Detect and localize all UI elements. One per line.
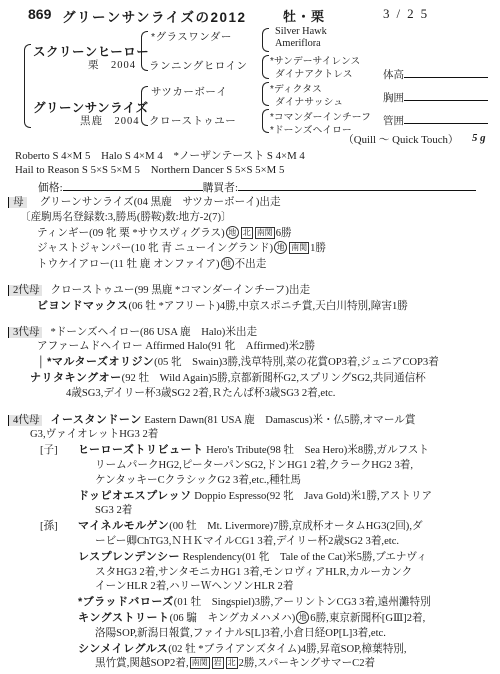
family-number: 5 g	[472, 132, 486, 144]
text-run: 1勝	[310, 243, 326, 254]
cannon-field: 管囲	[383, 112, 488, 128]
sex-coat-label: 牡・栗	[283, 6, 325, 25]
catalog-line: 黒竹賞,関越SOP2着,南関岩北2勝,スパーキングサマーC2着	[0, 657, 500, 672]
region-mark-box: 南関	[190, 657, 210, 669]
page-title: グリーンサンライズの2012	[62, 6, 247, 26]
height-field: 体高	[383, 66, 488, 82]
catalog-line: ビヨンドマックス(06 牡 *アフリート)4勝,中京スポニチ賞,天白川特別,障害…	[0, 299, 500, 315]
catalog-line: イーンHLR 2着,ハリーＷヘンソンHLR 2着	[0, 580, 500, 595]
catalog-line: ナリタキングオー(92 牡 Wild Again)5勝,京都新聞杯G2,スプリン…	[0, 371, 500, 387]
pedigree-bracket-g3	[262, 28, 269, 52]
region-mark-box: 岩	[212, 657, 224, 669]
horse-name: レスプレンデンシー	[78, 551, 180, 563]
region-mark-box: 南関	[289, 242, 309, 254]
horse-name: キングストリート	[78, 612, 170, 624]
pedigree-bracket-g3	[262, 82, 269, 106]
sire-coat-year: 栗 2004	[88, 57, 136, 72]
text-run: (06 騸 キングカメハメハ)	[170, 613, 296, 624]
text-run: クローストゥユー(99 黒鹿 *コマンダーインチーフ)出走	[50, 285, 310, 296]
region-mark-circle: 地	[221, 257, 234, 270]
catalog-line: [孫]マイネルモルゲン(00 牡 Mt. Livermore)7勝,京成杯オータ…	[0, 519, 500, 535]
text-run: (01 牡 Singspiel)3勝,アーリントンCG3 3着,遠州灘特別	[174, 597, 431, 608]
region-mark-circle: 地	[296, 611, 309, 624]
gen3-ancestor-name: ダイナアクトレス	[275, 66, 353, 80]
catalog-line: 2代母クローストゥユー(99 黒鹿 *コマンダーインチーフ)出走	[0, 284, 500, 299]
page-number: 3/25	[383, 6, 434, 22]
catalog-line: ービー卿ChTG3,ＮＨＫマイルCG1 3着,デイリー杯2歳SG2 3着,etc…	[0, 535, 500, 550]
dam-coat-year: 黒鹿 2004	[80, 113, 140, 128]
horse-name: *ブラッドバローズ	[78, 596, 174, 608]
text-run: リームパークHG2,ピーターパンSG2,ドンHG1 2着,クラークHG2 3着,	[95, 460, 413, 471]
pedigree-bracket-outer	[24, 44, 31, 128]
text-run: ティンギー(09 牝 栗 *サウスヴィグラス)	[37, 228, 225, 239]
price-blank-line	[63, 179, 203, 191]
text-run: アファームドヘイロー Affirmed Halo(91 牝 Affirmed)米…	[37, 341, 315, 352]
text-run: Eastern Dawn(81 USA 鹿 Damascus)米・仏5勝,オマー…	[142, 415, 416, 426]
generation-label: 母	[8, 197, 27, 208]
price-buyer-row: 価格:購買者:	[38, 179, 476, 195]
text-run: G3,ヴァイオレットHG3 2着	[30, 429, 158, 440]
text-run: 洛陽SOP,新潟日報賞,ファイナルS[L]3着,小倉日経OP[L]3着,etc.	[95, 628, 386, 639]
text-run: (02 牡 *ブライアンズタイム)4勝,昇竜SOP,樟葉特別,	[168, 644, 406, 655]
catalog-line: SG3 2着	[0, 504, 500, 519]
generation-label: 4代母	[8, 415, 42, 426]
gen3-ancestor-name: *ドーンズヘイロー	[270, 122, 352, 136]
catalog-line: リームパークHG2,ピーターパンSG2,ドンHG1 2着,クラークHG2 3着,	[0, 459, 500, 474]
catalog-line: ケンタッキーCクラシックG2 3着,etc.,種牡馬	[0, 474, 500, 489]
catalog-line: 母グリーンサンライズ(04 黒鹿 サツカーボーイ)出走	[0, 196, 500, 211]
inbreeding-line-1: Roberto S 4×M 5 Halo S 4×M 4 *ノーザンテースト S…	[15, 148, 305, 163]
text-run: 黒竹賞,関越SOP2着,	[95, 658, 189, 669]
text-run: グリーンサンライズ(04 黒鹿 サツカーボーイ)出走	[40, 197, 281, 208]
text-run: *ドーンズヘイロー(86 USA 鹿 Halo)米出走	[50, 327, 257, 338]
catalog-line: ドッピオエスプレッソ Doppio Espresso(92 牝 Java Gol…	[0, 489, 500, 505]
text-run: スタHG3 2着,サンタモニカHG1 3着,モンロヴィアHLR,カルーカンク	[95, 567, 412, 578]
horse-name: マイネルモルゲン	[78, 520, 169, 532]
text-run: Hero's Tribute(98 牡 Sea Hero)米8勝,ガルフスト	[204, 445, 429, 456]
horse-name: ナリタキングオー	[30, 372, 122, 384]
dam-sire-name: サツカーボーイ	[151, 84, 227, 99]
gen3-ancestor-name: ダイナサッシュ	[275, 94, 343, 108]
text-run: 2勝,スパーキングサマーC2着	[239, 658, 376, 669]
cannon-blank-line	[404, 112, 488, 124]
catalog-line: G3,ヴァイオレットHG3 2着	[0, 428, 500, 443]
pedigree-bracket-g3	[262, 55, 269, 79]
hip-number: 869	[28, 6, 51, 22]
region-mark-box: 北	[241, 227, 253, 239]
text-run: 6勝,東京新聞杯[GⅢ]2着,	[310, 613, 425, 624]
text-run: 4歳SG3,デイリー杯3歳SG2 2着,Ｒたんぱ杯3歳SG3 2着,etc.	[66, 388, 335, 399]
height-blank-line	[404, 66, 488, 78]
girth-blank-line	[404, 89, 488, 101]
text-run: 不出走	[235, 259, 267, 270]
price-label: 価格:	[38, 182, 63, 194]
text-run: 6勝	[276, 228, 292, 239]
catalog-line: スタHG3 2着,サンタモニカHG1 3着,モンロヴィアHLR,カルーカンク	[0, 566, 500, 581]
text-run: 〔産駒馬名登録数:3,勝馬(勝鞍)数:地方-2(7)〕	[20, 212, 232, 223]
catalog-line: 3代母*ドーンズヘイロー(86 USA 鹿 Halo)米出走	[0, 326, 500, 341]
text-run: イーンHLR 2着,ハリーＷヘンソンHLR 2着	[95, 581, 293, 592]
catalog-line: 4代母イースタンドーン Eastern Dawn(81 USA 鹿 Damasc…	[0, 413, 500, 429]
cannon-label: 管囲	[383, 116, 404, 127]
catalog-line: シンメイレグルス(02 牡 *ブライアンズタイム)4勝,昇竜SOP,樟葉特別,	[0, 642, 500, 658]
catalog-body: 母グリーンサンライズ(04 黒鹿 サツカーボーイ)出走〔産駒馬名登録数:3,勝馬…	[0, 196, 500, 672]
text-run: (06 牡 *アフリート)4勝,中京スポニチ賞,天白川特別,障害1勝	[128, 301, 407, 312]
pedigree-bracket-g3	[262, 109, 269, 133]
text-run: (00 牡 Mt. Livermore)7勝,京成杯オータムHG3(2回),ダ	[169, 521, 422, 532]
catalog-line: 〔産駒馬名登録数:3,勝馬(勝鞍)数:地方-2(7)〕	[0, 211, 500, 226]
gen3-ancestor-name: *サンデーサイレンス	[270, 53, 360, 67]
inbreeding-line-2: Hail to Reason S 5×S 5×M 5 Northern Danc…	[15, 162, 284, 177]
catalog-line: ティンギー(09 牝 栗 *サウスヴィグラス)地北南関6勝	[0, 226, 500, 242]
gen3-ancestor-name: *コマンダーインチーフ	[270, 109, 371, 123]
text-run: (92 牡 Wild Again)5勝,京都新聞杯G2,スプリングSG2,共同通…	[122, 373, 426, 384]
catalog-line: │ *マルターズオリジン(05 牝 Swain)3勝,浅草特別,菜の花賞OP3着…	[0, 355, 500, 371]
catalog-line: レスプレンデンシー Resplendency(01 牝 Tale of the …	[0, 550, 500, 566]
text-run: ケンタッキーCクラシックG2 3着,etc.,種牡馬	[95, 475, 301, 486]
gen3-ancestor-name: *ディクタス	[270, 81, 322, 95]
horse-name: ビヨンドマックス	[37, 300, 128, 312]
text-run: Resplendency(01 牝 Tale of the Cat)米5勝,ブエ…	[180, 552, 427, 563]
catalog-line: トウケイアロー(11 牡 鹿 オンファイア)地不出走	[0, 257, 500, 273]
catalog-line: アファームドヘイロー Affirmed Halo(91 牝 Affirmed)米…	[0, 340, 500, 355]
region-mark-box: 南関	[255, 227, 275, 239]
horse-name: イースタンドーン	[50, 414, 141, 426]
buyer-blank-line	[238, 179, 476, 191]
catalog-line: キングストリート(06 騸 キングカメハメハ)地6勝,東京新聞杯[GⅢ]2着,	[0, 611, 500, 627]
horse-name: *マルターズオリジン	[47, 356, 154, 368]
buyer-label: 購買者:	[203, 182, 238, 194]
gen3-ancestor-name: Ameriflora	[275, 38, 321, 49]
text-run: (05 牝 Swain)3勝,浅草特別,菜の花賞OP3着,ジュニアCOP3着	[154, 357, 439, 368]
dam-dam-name: クローストゥユー	[149, 113, 236, 128]
text-run: トウケイアロー(11 牡 鹿 オンファイア)	[37, 259, 220, 270]
region-mark-circle: 地	[226, 226, 239, 239]
catalog-page: 869 グリーンサンライズの2012 牡・栗 3/25 スクリーンヒーロー 栗 …	[0, 0, 500, 674]
sire-sire-name: *グラスワンダー	[151, 29, 232, 44]
region-mark-box: 北	[226, 657, 238, 669]
catalog-line: 洛陽SOP,新潟日報賞,ファイナルS[L]3着,小倉日経OP[L]3着,etc.	[0, 627, 500, 642]
text-run: Doppio Espresso(92 牝 Java Gold)米1勝,アストリア	[192, 491, 433, 502]
text-run: SG3 2着	[95, 505, 132, 516]
relation-tag: [子]	[40, 444, 78, 459]
horse-name: ドッピオエスプレッソ	[78, 490, 192, 502]
generation-label: 3代母	[8, 327, 42, 338]
catalog-line: *ブラッドバローズ(01 牡 Singspiel)3勝,アーリントンCG3 3着…	[0, 595, 500, 611]
catalog-line: 4歳SG3,デイリー杯3歳SG2 2着,Ｒたんぱ杯3歳SG3 2着,etc.	[0, 387, 500, 402]
catalog-line: [子]ヒーローズトリビュート Hero's Tribute(98 牡 Sea H…	[0, 443, 500, 459]
height-label: 体高	[383, 70, 404, 81]
relation-tag: [孫]	[40, 520, 78, 535]
gen3-ancestor-name: Silver Hawk	[275, 26, 327, 37]
text-run: ジャストジャンパー(10 牝 青 ニューイングランド)	[37, 243, 273, 254]
horse-name: ヒーローズトリビュート	[78, 444, 204, 456]
generation-label: 2代母	[8, 285, 42, 296]
horse-name: シンメイレグルス	[78, 643, 168, 655]
text-run: │	[37, 357, 47, 368]
text-run: ービー卿ChTG3,ＮＨＫマイルCG1 3着,デイリー杯2歳SG2 3着,etc…	[95, 536, 399, 547]
region-mark-circle: 地	[274, 241, 287, 254]
catalog-line: ジャストジャンパー(10 牝 青 ニューイングランド)地南関1勝	[0, 241, 500, 257]
sire-dam-name: ランニングヒロイン	[149, 58, 247, 73]
girth-label: 胸囲	[383, 93, 404, 104]
family-line: （Quill ～ Quick Touch）	[343, 132, 459, 147]
girth-field: 胸囲	[383, 89, 488, 105]
